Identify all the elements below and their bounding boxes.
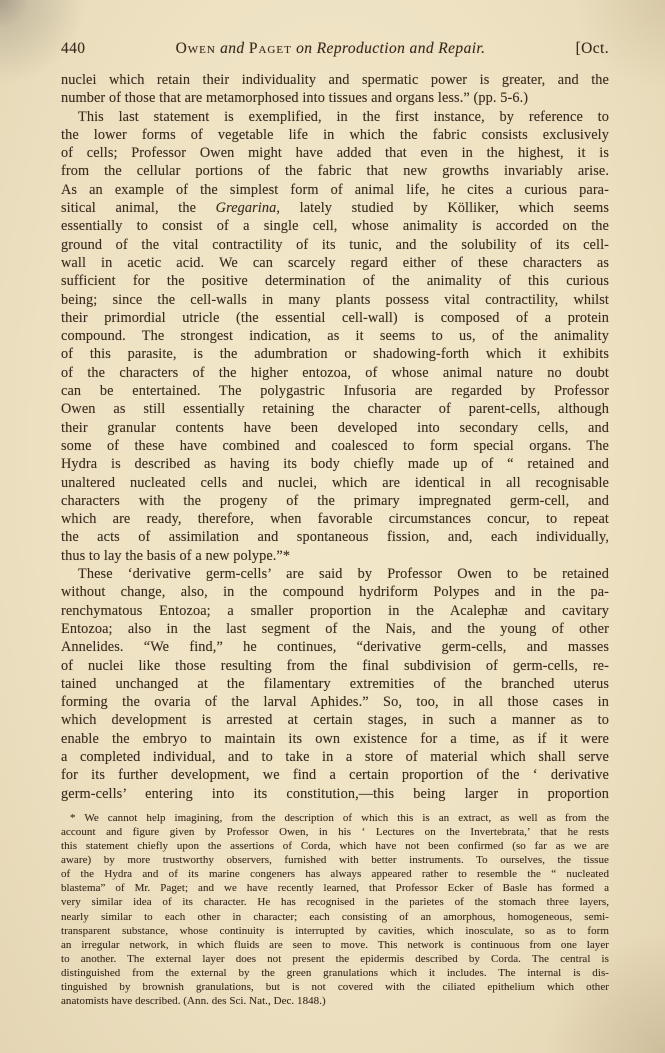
text-line: These ‘derivative germ-cells’ are said b… <box>61 566 609 584</box>
text-line: anatomists have described. (Ann. des Sci… <box>61 995 609 1009</box>
text-line: this statement chiefly upon the assertio… <box>61 840 609 854</box>
running-head: 440 Owen and Paget on Reproduction and R… <box>61 40 609 59</box>
text-line: from the cellular portions of the fabric… <box>61 163 609 181</box>
text-line: which development is arrested at certain… <box>61 712 609 730</box>
article-body: nuclei which retain their individuality … <box>61 72 609 804</box>
text-line: a completed individual, and to take in a… <box>61 749 609 767</box>
text-line: tained unchanged at the filamentary extr… <box>61 676 609 694</box>
text-line: Entozoa; also in the last segment of the… <box>61 621 609 639</box>
text-line: of the characters of the higher entozoa,… <box>61 365 609 383</box>
text-line: characters with the progeny of the prima… <box>61 493 609 511</box>
text-line: wall in acetic acid. We can scarcely reg… <box>61 255 609 273</box>
text-line: aware) by more trustworthy observers, fu… <box>61 854 609 868</box>
text-line: transparent substance, whose continuity … <box>61 925 609 939</box>
running-title-rest: on Reproduction and Repair. <box>296 40 485 57</box>
text-line: can be entertained. The polygastric Infu… <box>61 383 609 401</box>
text-line: nuclei which retain their individuality … <box>61 72 609 90</box>
text-line: sitical animal, the Gregarina, lately st… <box>61 200 609 218</box>
text-line: Annelides. “We find,” he continues, “der… <box>61 639 609 657</box>
text-line: forming the ovaria of the larval Aphides… <box>61 694 609 712</box>
running-title: Owen and Paget on Reproduction and Repai… <box>85 40 575 58</box>
text-line: renchymatous Entozoa; a smaller proporti… <box>61 603 609 621</box>
text-line: As an example of the simplest form of an… <box>61 182 609 200</box>
footnote: * We cannot help imagining, from the des… <box>61 812 609 1009</box>
text-line: This last statement is exemplified, in t… <box>61 109 609 127</box>
page-content: 440 Owen and Paget on Reproduction and R… <box>61 40 609 1009</box>
running-title-conjunction: and <box>220 40 244 57</box>
text-line: ground of the vital contractility of its… <box>61 237 609 255</box>
text-line: Owen as still essentially retaining the … <box>61 401 609 419</box>
text-line: Hydra is described as having its body ch… <box>61 456 609 474</box>
text-line: an irregular network, in which fluids ar… <box>61 939 609 953</box>
text-line: of cells; Professor Owen might have adde… <box>61 145 609 163</box>
text-line: unaltered nucleated cells and nuclei, wh… <box>61 475 609 493</box>
text-line: compound. The strongest indication, as i… <box>61 328 609 346</box>
text-line: some of these have combined and coalesce… <box>61 438 609 456</box>
text-line: number of those that are metamorphosed i… <box>61 90 609 108</box>
running-title-author2: Paget <box>249 40 292 57</box>
text-line: tinguished by brownish granulations, but… <box>61 981 609 995</box>
text-line: their granular contents have been develo… <box>61 420 609 438</box>
text-line: being; since the cell-walls in many plan… <box>61 292 609 310</box>
text-line: account and figure given by Professor Ow… <box>61 826 609 840</box>
scanned-journal-page: 440 Owen and Paget on Reproduction and R… <box>0 0 665 1053</box>
text-line: very similar idea of its character. He h… <box>61 896 609 910</box>
text-line: the acts of assimilation and spontaneous… <box>61 529 609 547</box>
text-line: without change, also, in the compound hy… <box>61 584 609 602</box>
text-line: of nuclei like those resulting from the … <box>61 658 609 676</box>
text-line: thus to lay the basis of a new polype.”* <box>61 548 609 566</box>
text-line: sufficient for the positive determinatio… <box>61 273 609 291</box>
text-line: germ-cells’ entering into its constituti… <box>61 786 609 804</box>
running-title-author1: Owen <box>176 40 216 57</box>
text-line: the lower forms of vegetable life in whi… <box>61 127 609 145</box>
text-line: for its further development, we find a c… <box>61 767 609 785</box>
text-line: of the Hydra and of its marine congeners… <box>61 868 609 882</box>
text-line: which are ready, therefore, when favorab… <box>61 511 609 529</box>
text-line: of this parasite, is the adumbration or … <box>61 346 609 364</box>
text-line: nearly similar to each other in characte… <box>61 911 609 925</box>
text-line: their primordial utricle (the essential … <box>61 310 609 328</box>
text-line: distinguished from the external by the g… <box>61 967 609 981</box>
issue-month: [Oct. <box>576 40 609 58</box>
text-line: * We cannot help imagining, from the des… <box>61 812 609 826</box>
page-number: 440 <box>61 40 85 58</box>
text-line: enable the embryo to maintain its own ex… <box>61 731 609 749</box>
text-line: essentially to consist of a single cell,… <box>61 218 609 236</box>
text-line: blastema” of Mr. Paget; and we have rece… <box>61 882 609 896</box>
text-line: to another. The external layer does not … <box>61 953 609 967</box>
